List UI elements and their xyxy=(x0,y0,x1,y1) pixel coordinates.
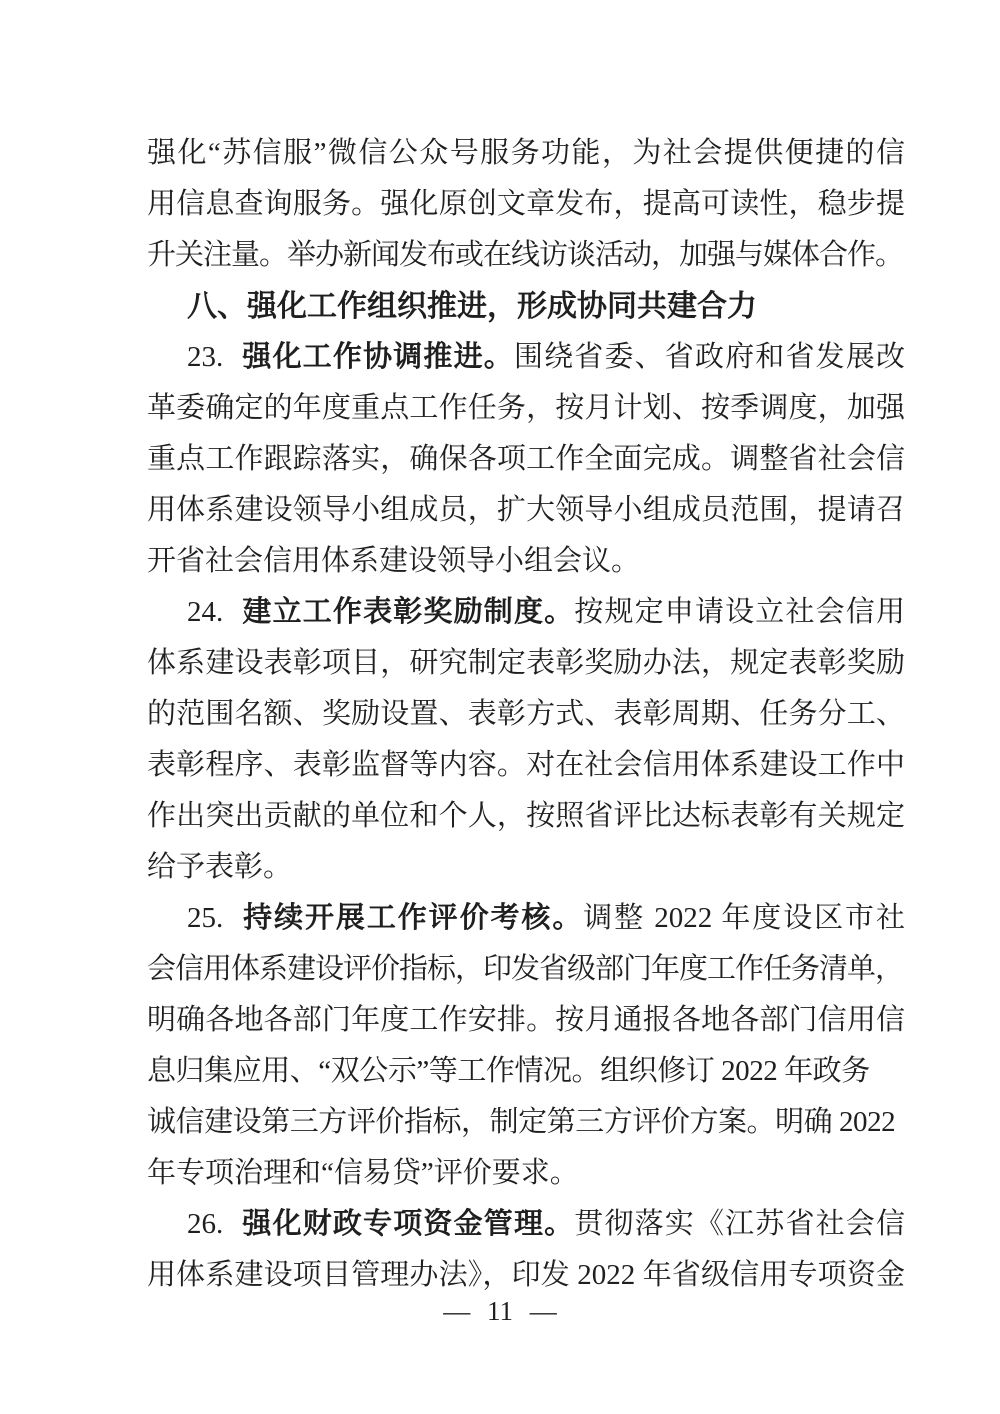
text-line: 的范围名额、奖励设置、表彰方式、表彰周期、任务分工、 xyxy=(147,689,905,740)
item-24: 24.建立工作表彰奖励制度。按规定申请设立社会信用 体系建设表彰项目，研究制定表… xyxy=(147,587,905,893)
page-number: — 11 — xyxy=(0,1291,1000,1331)
item-text: 贯彻落实《江苏省社会信 xyxy=(574,1208,905,1240)
text-line: 开省社会信用体系建设领导小组会议。 xyxy=(147,536,905,587)
item-25: 25.持续开展工作评价考核。调整 2022 年度设区市社 会信用体系建设评价指标… xyxy=(147,893,905,1199)
item-lead: 强化工作协调推进。 xyxy=(241,341,514,373)
item-text: 围绕省委、省政府和省发展改 xyxy=(514,341,905,373)
text-line: 表彰程序、表彰监督等内容。对在社会信用体系建设工作中 xyxy=(147,740,905,791)
item-text: 按规定申请设立社会信用 xyxy=(574,596,905,628)
text-line: 体系建设表彰项目，研究制定表彰奖励办法，规定表彰奖励 xyxy=(147,638,905,689)
section-heading: 八、强化工作组织推进，形成协同共建合力 xyxy=(147,281,905,332)
item-first-line: 24.建立工作表彰奖励制度。按规定申请设立社会信用 xyxy=(147,587,905,638)
text-line: 重点工作跟踪落实，确保各项工作全面完成。调整省社会信 xyxy=(147,434,905,485)
text-line: 用体系建设领导小组成员，扩大领导小组成员范围，提请召 xyxy=(147,485,905,536)
text-line: 会信用体系建设评价指标，印发省级部门年度工作任务清单， xyxy=(147,944,905,995)
item-number: 23. xyxy=(187,341,223,373)
text-line: 息归集应用、“双公示”等工作情况。组织修订 2022 年政务 xyxy=(147,1046,905,1097)
text-line: 给予表彰。 xyxy=(147,842,905,893)
item-text: 调整 2022 年度设区市社 xyxy=(583,902,905,934)
text-line: 年专项治理和“信易贷”评价要求。 xyxy=(147,1148,905,1199)
item-first-line: 25.持续开展工作评价考核。调整 2022 年度设区市社 xyxy=(147,893,905,944)
item-first-line: 23.强化工作协调推进。围绕省委、省政府和省发展改 xyxy=(147,332,905,383)
item-number: 26. xyxy=(187,1208,223,1240)
document-body: 强化“苏信服”微信公众号服务功能，为社会提供便捷的信 用信息查询服务。强化原创文… xyxy=(147,128,905,1301)
item-23: 23.强化工作协调推进。围绕省委、省政府和省发展改 革委确定的年度重点工作任务，… xyxy=(147,332,905,587)
continuation-paragraph: 强化“苏信服”微信公众号服务功能，为社会提供便捷的信 用信息查询服务。强化原创文… xyxy=(147,128,905,281)
item-number: 24. xyxy=(187,596,223,628)
text-line: 作出突出贡献的单位和个人，按照省评比达标表彰有关规定 xyxy=(147,791,905,842)
text-line: 强化“苏信服”微信公众号服务功能，为社会提供便捷的信 xyxy=(147,128,905,179)
item-26: 26.强化财政专项资金管理。贯彻落实《江苏省社会信 用体系建设项目管理办法》，印… xyxy=(147,1199,905,1301)
item-lead: 建立工作表彰奖励制度。 xyxy=(241,596,574,628)
item-number: 25. xyxy=(187,902,223,934)
text-line: 升关注量。举办新闻发布或在线访谈活动，加强与媒体合作。 xyxy=(147,230,905,281)
text-line: 革委确定的年度重点工作任务，按月计划、按季调度，加强 xyxy=(147,383,905,434)
item-first-line: 26.强化财政专项资金管理。贯彻落实《江苏省社会信 xyxy=(147,1199,905,1250)
item-lead: 持续开展工作评价考核。 xyxy=(241,902,583,934)
text-line: 诚信建设第三方评价指标，制定第三方评价方案。明确 2022 xyxy=(147,1097,905,1148)
text-line: 用信息查询服务。强化原创文章发布，提高可读性，稳步提 xyxy=(147,179,905,230)
text-line: 明确各地各部门年度工作安排。按月通报各地各部门信用信 xyxy=(147,995,905,1046)
item-lead: 强化财政专项资金管理。 xyxy=(241,1208,574,1240)
document-page: 强化“苏信服”微信公众号服务功能，为社会提供便捷的信 用信息查询服务。强化原创文… xyxy=(0,0,1000,1414)
